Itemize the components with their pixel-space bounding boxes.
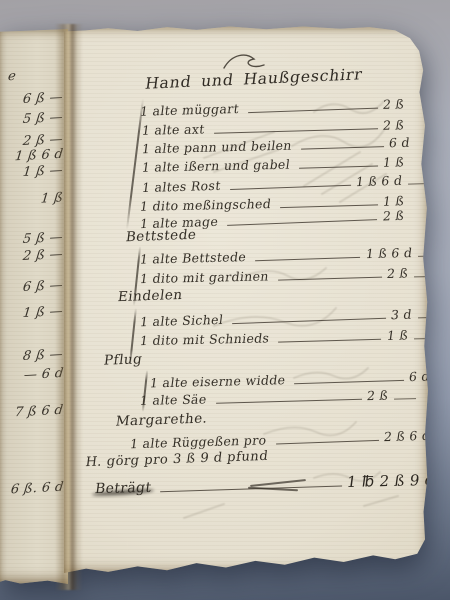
row-amount: 1 ß xyxy=(382,193,405,208)
row-item: 1 alte ißern und gabel xyxy=(141,157,291,175)
ledger-row: 1 alte Sichel 3 d xyxy=(140,306,440,330)
ledger-row: 1 alte Bettstede 1 ß 6 d xyxy=(140,244,440,267)
row-item: 1 dito mit gardinen xyxy=(139,268,270,286)
left-fragment: 1 ß — xyxy=(22,163,64,180)
section-heading: Eindelen xyxy=(117,287,184,305)
row-item: 1 alte Sichel xyxy=(139,312,224,329)
row-amount: 2 ß xyxy=(382,208,405,224)
left-fragment: — 6 d xyxy=(23,366,64,383)
right-page: Hand und Haußgeschirr 1 alte müggart 2 ß… xyxy=(64,26,432,578)
leader-line xyxy=(279,339,382,343)
ledger-heading: Hand und Haußgeschirr xyxy=(144,65,364,92)
footer-note: H. görg pro 3 ß 9 d pfund xyxy=(85,449,269,470)
section-heading: Pflug xyxy=(103,351,143,368)
row-amount: 2 ß xyxy=(366,388,389,403)
row-item: 1 alte pann und beilen xyxy=(141,138,293,157)
leader-line xyxy=(216,399,362,404)
row-amount: 1 ß xyxy=(382,154,405,169)
leader-line xyxy=(214,128,378,134)
section-heading: Bettstede xyxy=(125,227,198,245)
manuscript-photo: e 6 ß — 5 ß — 2 ß — 1 ß 6 d 1 ß — 1 ß 5 … xyxy=(0,0,450,600)
row-item: 1 dito meßingsched xyxy=(139,196,272,214)
leader-line xyxy=(255,257,360,261)
left-fragment: 5 ß — xyxy=(22,110,64,127)
row-amount: 6 d xyxy=(388,135,411,151)
ledger-row: 1 alte pann und beilen 6 d xyxy=(142,135,410,158)
left-fragment: 8 ß — xyxy=(22,347,64,364)
row-item: 1 dito mit Schnieds xyxy=(139,330,270,348)
row-item: 1 alte müggart xyxy=(139,101,240,119)
leader-line xyxy=(278,277,382,281)
left-fragment: 1 ß xyxy=(40,190,64,206)
left-fragment: 7 ß 6 d xyxy=(14,403,64,420)
row-amount: 2 ß xyxy=(382,96,405,112)
leader-line xyxy=(276,440,379,445)
left-fragment: 6 ß. 6 d xyxy=(10,480,64,498)
total-amount: 1 ℔ 2 ß 9 d xyxy=(346,471,436,491)
row-amount: 1 ß 6 d xyxy=(355,173,403,189)
left-fragment: 1 ß 6 d xyxy=(14,147,64,164)
ledger-row: 1 altes Rost 1 ß 6 d xyxy=(142,172,430,196)
ledger-row: 1 dito mit Schnieds 1 ß xyxy=(140,327,436,349)
row-amount: 2 ß 6 d xyxy=(383,428,431,444)
leader-line xyxy=(295,380,405,384)
leader-line xyxy=(232,318,386,324)
ledger-row: 1 dito mit gardinen 2 ß xyxy=(140,265,436,287)
ledger-row: 1 alte Rüggeßen pro 2 ß 6 d xyxy=(130,428,430,452)
left-fragment: 2 ß — xyxy=(22,247,64,264)
row-item: 1 alte Rüggeßen pro xyxy=(129,432,267,451)
left-fragment: 6 ß — xyxy=(22,278,64,295)
paper-stack: e 6 ß — 5 ß — 2 ß — 1 ß 6 d 1 ß — 1 ß 5 … xyxy=(0,0,450,600)
row-amount: 2 ß xyxy=(386,265,409,280)
row-amount: 2 ß xyxy=(382,117,405,132)
left-fragment: 5 ß — xyxy=(22,230,64,247)
row-amount: 6 d xyxy=(408,369,431,385)
leader-line xyxy=(280,204,378,208)
row-amount: 1 ß xyxy=(386,327,409,342)
section-heading: Margarethe. xyxy=(115,410,209,429)
leader-line xyxy=(299,166,378,169)
left-fragment: e xyxy=(7,69,17,84)
row-amount: 3 d xyxy=(390,307,413,323)
row-item: 1 altes Rost xyxy=(141,178,222,195)
leader-line xyxy=(301,146,384,150)
ledger-row: 1 alte ißern und gabel 1 ß xyxy=(142,154,404,175)
row-item: 1 alte Bettstede xyxy=(139,249,247,267)
ledger-row: 1 alte müggart 2 ß xyxy=(140,96,404,119)
left-fragment: 2 ß — xyxy=(22,132,64,149)
left-fragment: 1 ß — xyxy=(22,304,64,321)
row-item: 1 alte Säe xyxy=(139,391,208,407)
left-page: e 6 ß — 5 ß — 2 ß — 1 ß 6 d 1 ß — 1 ß 5 … xyxy=(0,29,68,584)
row-item: 1 alte axt xyxy=(141,121,206,137)
leader-line xyxy=(227,219,377,226)
left-fragment: 6 ß — xyxy=(22,90,64,107)
leader-line xyxy=(248,108,378,114)
row-amount: 1 ß 6 d xyxy=(365,245,413,261)
row-item: 1 alte eiserne widde xyxy=(149,372,286,390)
leader-line xyxy=(230,185,351,190)
